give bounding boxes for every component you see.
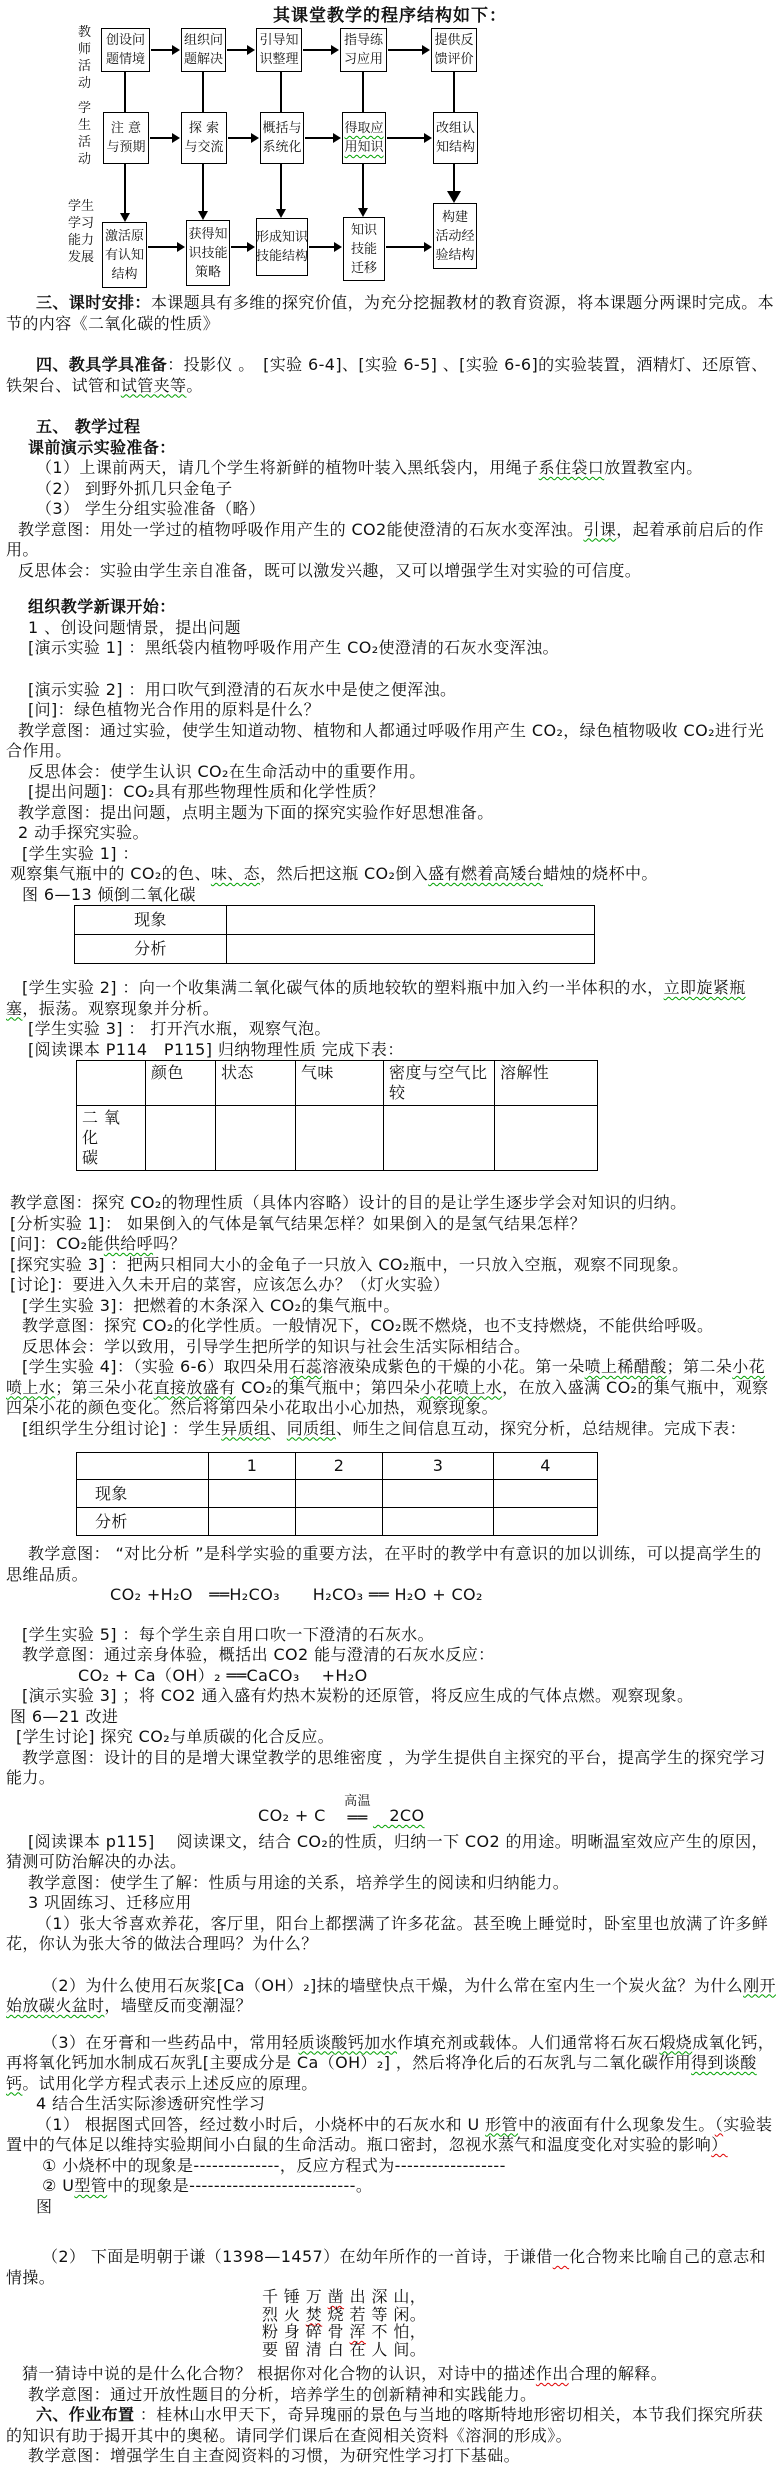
flowchart-box: 形成知识 技能结构 (256, 218, 308, 276)
arrow-head-icon (120, 213, 130, 222)
spacer (6, 1955, 776, 1976)
right-arrow (305, 133, 341, 143)
text-segment: ） (711, 2135, 727, 2154)
text-segment: 蜡烛的烧杯中。 (543, 864, 658, 883)
paragraph: （2） 下面是明朝于谦（1398—1457）在幼年所作的一首诗，于谦借一化合物来… (6, 2247, 776, 2288)
paragraph: [阅读课本 p115] 阅读课文，结合 CO₂的性质，归纳一下 CO2 的用途。… (6, 1832, 776, 1873)
text-segment: 六、作业布置 (36, 2405, 134, 2424)
text-segment: [学生实验 1] ： (22, 844, 139, 863)
text-segment: 五、 教学过程 (36, 417, 140, 436)
paragraph: 教学意图：用处一学过的植物呼吸作用产生的 CO2能使澄清的石灰水变浑浊。引课，起… (6, 520, 776, 561)
poem-line: 千 锤 万 凿 出 深 山， (262, 2288, 776, 2306)
table-cell: 3 (383, 1453, 494, 1480)
flowchart-box: 组织问 题解决 (181, 28, 226, 72)
table-cell (296, 1480, 383, 1508)
arrow-head-icon (247, 45, 255, 55)
text-segment: CO₂ + Ca（OH）₂ ══CaCO₃ +H₂O (78, 1666, 368, 1685)
paragraph: [探究实验 3] ：把两只相同大小的金龟子一只放入 CO₂瓶中，一只放入空瓶，观… (6, 1255, 776, 1276)
text-segment: 教学意图：提出问题，点明主题为下面的探究实验作好思想准备。 (18, 803, 494, 822)
text-segment: 创设问 题情境 (106, 31, 145, 69)
spacer (6, 396, 776, 417)
table-row: 颜色状态气味密度与空气比较溶解性 (77, 1061, 598, 1106)
right-arrow (386, 242, 432, 252)
connector-line (202, 72, 204, 112)
text-segment: （1） 根据图式回答，经过数小时后，小烧杯中的石灰水和 U (36, 2115, 485, 2134)
paragraph: [学生实验 5] ：每个学生亲自用口吹一下澄清的石灰水。 (6, 1625, 776, 1646)
text-segment: 小花喷上水 (420, 1378, 502, 1397)
text-segment: [探究实验 3] ：把两只相同大小的金龟子一只放入 CO₂瓶中，一只放入空瓶，观… (10, 1255, 689, 1274)
text-segment: [阅读课本 p115] 阅读课文，结合 CO₂的性质，归纳一下 CO2 的用途。… (6, 1832, 768, 1872)
table-cell: 分析 (75, 935, 227, 964)
condition-label: 高温 (344, 1794, 371, 1809)
text-segment: 粉 身 碎 骨 (262, 2322, 350, 2341)
text-segment: 2 动手探究实验。 (18, 823, 149, 842)
text-segment: （1）上课前两天，请几个学生将新鲜的植物叶装入黑纸袋内，用绳子 (36, 458, 539, 477)
text-segment: 供给呼 (104, 1234, 153, 1253)
flowchart-box: 提供反 馈评价 (431, 28, 477, 72)
down-arrow (118, 164, 131, 222)
flowchart-box: 构建 活动经 验结构 (433, 203, 477, 269)
table-cell (216, 1106, 296, 1171)
text-segment: 引导知 识整理 (259, 31, 298, 69)
flowchart-row-label: 教 师 活 动 (78, 24, 91, 92)
text-segment: 获得知 识技能 策略 (188, 225, 227, 282)
paragraph: 教学意图：通过开放性题目的分析，培养学生的创新精神和实践能力。 (6, 2385, 776, 2406)
paragraph: 教学意图：增强学生自主查阅资料的习惯，为研究性学习打下基础。 (6, 2446, 776, 2467)
text-segment: 教学意图：通过开放性题目的分析，培养学生的创新精神和实践能力。 (28, 2385, 536, 2404)
arrow-line (227, 49, 247, 51)
arrow-line (303, 49, 331, 51)
spacer (6, 2217, 776, 2247)
flowchart-title: 其课堂教学的程序结构如下： (0, 6, 780, 27)
comparison-table: 1234现象分析 (76, 1452, 598, 1536)
table-cell: 气味 (296, 1061, 384, 1106)
table-cell: 二 氧 化 碳 (77, 1106, 146, 1171)
text-segment: 、师生之间信息互动，探究分析，总结规律。完成下表： (336, 1419, 746, 1438)
right-arrow (228, 133, 259, 143)
text-segment: [学生实验 5] ：每个学生亲自用口吹一下澄清的石灰水。 (22, 1625, 434, 1644)
table-row: 现象 (75, 906, 595, 935)
flowchart-box: 指导练 习应用 (340, 28, 387, 72)
text-segment: 味、态 (211, 864, 260, 883)
arrow-line (202, 164, 204, 211)
table-cell (494, 1480, 598, 1508)
arrow-head-icon (177, 242, 185, 252)
table-cell: 密度与空气比较 (384, 1061, 495, 1106)
paragraph: 图 6—13 倾倒二氧化碳 (6, 885, 776, 906)
arrow-head-icon (172, 45, 180, 55)
text-segment: ；第二朵 (667, 1357, 733, 1376)
text-segment: （3）在牙膏和一些药品中，常用轻 (42, 2033, 299, 2052)
connector-line (453, 72, 455, 112)
right-arrow (151, 45, 180, 55)
arrow-head-icon (358, 208, 368, 217)
table-row: 1234 (77, 1453, 598, 1480)
text-segment: 。 (186, 376, 202, 395)
text-segment: 教学意图：通过实验，使学生知道动物、植物和人都通过呼吸作用产生 CO₂，绿色植物… (6, 721, 764, 761)
equation: CO₂ +H₂O ══H₂CO₃ H₂CO₃ ══ H₂O + CO₂ (110, 1585, 776, 1606)
paragraph: [演示实验 3] ；将 CO2 通入盛有灼热木炭粉的还原管，将反应生成的气体点燃… (6, 1686, 776, 1707)
text-segment: [讨论]：要进入久未开启的菜窖，应该怎么办？（灯火实验） (10, 1275, 450, 1294)
right-arrow (148, 242, 185, 252)
text-segment: （2） 下面是明朝于谦（1398—1457）在幼年所作的一首诗，于谦借 (42, 2247, 553, 2266)
spacer (6, 1536, 776, 1544)
flowchart-box: 概括与 系统化 (260, 112, 304, 164)
text-segment: （2）为什么使用石灰浆[Ca（OH）₂]抹的墙壁快点干燥，为什么常在室内生一个炭… (42, 1976, 743, 1995)
text-segment: 反思体会：学以致用，引导学生把所学的知识与社会生活实际相结合。 (22, 1337, 530, 1356)
flowchart-row-label: 学 生 活 动 (78, 100, 91, 168)
text-segment: CO₂ +H₂O ══H₂CO₃ H₂CO₃ ══ H₂O + CO₂ (110, 1585, 483, 1604)
connector-line (362, 72, 364, 112)
arrow-head-icon (424, 133, 432, 143)
paragraph: 反思体会：学以致用，引导学生把所学的知识与社会生活实际相结合。 (6, 1337, 776, 1358)
arrow-line (387, 137, 424, 139)
text-segment: 焚 (306, 2305, 322, 2324)
text-segment: [学生实验 3]：把燃着的木条深入 CO₂的集气瓶中。 (22, 1296, 400, 1315)
paragraph: [学生实验 1] ： (6, 844, 776, 865)
arrow-line (150, 137, 172, 139)
arrow-line (148, 246, 177, 248)
text-segment: 图 (36, 2197, 52, 2216)
table-cell (209, 1480, 296, 1508)
text-segment: [学生实验 4]：（实验 6-6）取四朵用 (22, 1357, 289, 1376)
text-segment: 出 深 山， (344, 2287, 426, 2306)
paragraph: 1 、创设问题情景，提出问题 (6, 618, 776, 639)
paragraph: （1）上课前两天，请几个学生将新鲜的植物叶装入黑纸袋内，用绳子系住袋口放置教室内… (6, 458, 776, 479)
paragraph: [学生实验 3]：把燃着的木条深入 CO₂的集气瓶中。 (6, 1296, 776, 1317)
table-cell: 状态 (216, 1061, 296, 1106)
text-segment: [组织学生分组讨论] ：学生 (22, 1419, 221, 1438)
section-5-heading: 五、 教学过程 (6, 417, 776, 438)
text-segment: 石蕊 (289, 1357, 322, 1376)
text-segment: 教学意图：设计的目的是增大课堂教学的思维密度 ，为学生提供自主探究的平台，提高学… (6, 1748, 766, 1788)
yuqian-poem: 千 锤 万 凿 出 深 山，烈 火 焚 烧 若 等 闲。粉 身 碎 骨 浑 不 … (262, 2288, 776, 2358)
text-segment: 教学意图：探究 CO₂的化学性质。一般情况下，CO₂既不燃烧，也不支持燃烧，不能… (22, 1316, 713, 1335)
text-segment: 教学意图：增强学生自主查阅资料的习惯，为研究性学习打下基础。 (28, 2446, 520, 2465)
teaching-structure-flowchart: 其课堂教学的程序结构如下： 教 师 活 动学 生 活 动学生 学习 能力 发展创… (0, 0, 780, 292)
text-segment: [演示实验 2] ：用口吹气到澄清的石灰水中是使之便浑浊。 (28, 680, 456, 699)
text-segment: 改组认 知结构 (436, 119, 475, 157)
flowchart-box: 得取应 用知识 (342, 112, 386, 164)
table-cell (209, 1508, 296, 1536)
text-segment: 千 锤 万 (262, 2287, 328, 2306)
flowchart-row-label: 学生 学习 能力 发展 (68, 198, 94, 266)
right-arrow (227, 45, 255, 55)
flowchart-box: 引导知 识整理 (256, 28, 302, 72)
text-segment: 教学意图：使学生了解：性质与用途的关系，培养学生的阅读和归纳能力。 (28, 1873, 569, 1892)
table-cell: 颜色 (146, 1061, 216, 1106)
table-cell (227, 935, 595, 964)
paragraph: （2） 到野外抓几只金龟子 (6, 479, 776, 500)
arrow-head-icon (251, 133, 259, 143)
text-segment: 同质组 (287, 1419, 336, 1438)
section-3-heading: 三、课时安排：本课题具有多维的探究价值，为充分挖掘教材的教育资源，将本课题分两课… (6, 293, 776, 334)
down-arrow (447, 164, 460, 203)
section-4-heading: 四、教具学具准备：投影仪 。 [实验 6-4]、[实验 6-5] 、[实验 6-… (6, 355, 776, 396)
spacer (6, 659, 776, 680)
paragraph: 教学意图：使学生了解：性质与用途的关系，培养学生的阅读和归纳能力。 (6, 1873, 776, 1894)
text-segment: 探 索 与交流 (184, 119, 223, 157)
paragraph: （1）张大爷喜欢养花，客厅里，阳台上都摆满了许多花盆。甚至晚上睡觉时，卧室里也放… (6, 1914, 776, 1955)
arrow-line (305, 137, 333, 139)
arrow-head-icon (447, 191, 461, 203)
paragraph: 反思体会：使学生认识 CO₂在生命活动中的重要作用。 (6, 762, 776, 783)
paragraph: ② U型管中的现象是---------------------------。 (6, 2176, 776, 2197)
text-segment: [阅读课本 P114 P115] 归纳物理性质 完成下表： (28, 1040, 404, 1059)
paragraph: [演示实验 2] ：用口吹气到澄清的石灰水中是使之便浑浊。 (6, 680, 776, 701)
table-cell (495, 1106, 598, 1171)
arrow-head-icon (334, 242, 342, 252)
arrow-head-icon (422, 45, 430, 55)
paragraph: ① 小烧杯中的现象是--------------，反应方程式为---------… (6, 2156, 776, 2177)
text-segment: ；第三朵小花 (55, 1378, 153, 1397)
text-segment: 。试用化学方程式表示上述反应的原理。 (22, 2074, 317, 2093)
document-body: 三、课时安排：本课题具有多维的探究价值，为充分挖掘教材的教育资源，将本课题分两课… (0, 292, 780, 2481)
paragraph: 图 6—21 改进 (6, 1707, 776, 1728)
table-cell (383, 1508, 494, 1536)
down-arrow (356, 164, 369, 217)
physical-properties-table: 颜色状态气味密度与空气比较溶解性二 氧 化 碳 (76, 1060, 598, 1171)
text-segment: ，墙壁反而变潮湿？ (104, 1996, 252, 2015)
right-arrow (303, 45, 339, 55)
subsection-heading: 课前演示实验准备： (6, 438, 776, 459)
text-segment: 作填充剂或载体。人们通常将石灰石 (397, 2033, 659, 2052)
text-segment: 教学意图： “对比分析 ”是科学实验的重要方法，在平时的教学中有意识的加以训练，… (6, 1544, 762, 1584)
table-cell: 现象 (75, 906, 227, 935)
table-cell: 4 (494, 1453, 598, 1480)
text-segment: 图 6—21 改进 (10, 1707, 118, 1726)
spacer (6, 964, 776, 978)
text-segment: [提出问题]：CO₂具有那些物理性质和化学性质？ (28, 782, 384, 801)
paragraph: [演示实验 1] ：黑纸袋内植物呼吸作用产生 CO₂使澄清的石灰水变浑浊。 (6, 638, 776, 659)
arrow-head-icon (333, 133, 341, 143)
text-segment: 教学意图：用处一学过的植物呼吸作用产生的 CO2能使澄清的石灰水变浑浊。 (18, 520, 583, 539)
text-segment: 煅烧 (659, 2033, 692, 2052)
poem-line: 粉 身 碎 骨 浑 不 怕， (262, 2323, 776, 2341)
table-cell (384, 1106, 495, 1171)
subsection-heading: 组织教学新课开始： (6, 597, 776, 618)
carbon-equation: CO₂ + C 高温══ 2CO (258, 1794, 776, 1827)
text-segment: 四、教具学具准备 (36, 355, 167, 374)
equation-condition: 高温══ (344, 1794, 371, 1827)
paragraph: 猜一猜诗中说的是什么化合物？ 根据你对化合物的认识，对诗中的描述作出合理的解释。 (6, 2364, 776, 2385)
text-segment: 一 (553, 2247, 569, 2266)
text-segment: 课前演示实验准备： (28, 438, 176, 457)
flowchart-box: 改组认 知结构 (433, 112, 478, 164)
text-segment: 喷上稀醋酸 (585, 1357, 667, 1376)
arrow-head-icon (276, 209, 286, 218)
spacer (6, 581, 776, 597)
spacer (6, 334, 776, 355)
text-segment: 、 (270, 1419, 286, 1438)
table-cell (77, 1453, 209, 1480)
text-segment: 凿 (328, 2287, 344, 2306)
table-cell (383, 1480, 494, 1508)
arrow-line (151, 49, 172, 51)
text-segment: 指导练 习应用 (344, 31, 383, 69)
arrow-line (362, 164, 364, 208)
paragraph: 4 结合生活实际渗透研究性学习 (6, 2094, 776, 2115)
paragraph: 观察集气瓶中的 CO₂的色、味、态，然后把这瓶 CO₂倒入盛有燃着高矮台蜡烛的烧… (6, 864, 776, 885)
right-arrow (388, 45, 430, 55)
text-segment: （3） 学生分组实验准备（略） (36, 499, 265, 518)
text-segment: [分析实验 1]： 如果倒入的气体是氧气结果怎样？如果倒入的是氢气结果怎样？ (10, 1214, 586, 1233)
paragraph: [阅读课本 P114 P115] 归纳物理性质 完成下表： (6, 1040, 776, 1061)
connector-line (124, 72, 126, 112)
flowchart-box: 获得知 识技能 策略 (186, 220, 230, 286)
paragraph: 教学意图：探究 CO₂的物理性质（具体内容略）设计的目的是让学生逐步学会对知识的… (6, 1193, 776, 1214)
text-segment: 异质组 (221, 1419, 270, 1438)
paragraph: 2 动手探究实验。 (6, 823, 776, 844)
text-segment: 要 留 清 白 在 人 间。 (262, 2340, 426, 2359)
arrow-line (453, 164, 455, 191)
flowchart-box: 创设问 题情境 (101, 28, 150, 72)
text-segment: 不 怕， (366, 2322, 426, 2341)
text-segment: ① 小烧杯中的现象是--------------，反应方程式为---------… (42, 2156, 506, 2175)
paragraph: [学生实验 4]：（实验 6-6）取四朵用石蕊溶液染成紫色的干燥的小花。第一朵喷… (6, 1357, 776, 1419)
paragraph: [问]：绿色植物光合作用的原料是什么？ (6, 700, 776, 721)
text-segment: 概括与 系统化 (262, 119, 301, 157)
paragraph: 教学意图：探究 CO₂的化学性质。一般情况下，CO₂既不燃烧，也不支持燃烧，不能… (6, 1316, 776, 1337)
table-row: 二 氧 化 碳 (77, 1106, 598, 1171)
text-segment: 引课 (583, 520, 616, 539)
paragraph: [分析实验 1]： 如果倒入的气体是氧气结果怎样？如果倒入的是氢气结果怎样？ (6, 1214, 776, 1235)
text-segment: 1 、创设问题情景，提出问题 (28, 618, 241, 637)
table-cell (227, 906, 595, 935)
arrow-head-icon (331, 45, 339, 55)
paragraph: 反思体会：实验由学生亲自准备，既可以激发兴趣，又可以增强学生对实验的可信度。 (6, 561, 776, 582)
text-segment: 反思体会：使学生认识 CO₂在生命活动中的重要作用。 (28, 762, 426, 781)
right-arrow (387, 133, 432, 143)
text-segment: 放置教室内。 (604, 458, 702, 477)
arrow-line (388, 49, 422, 51)
right-arrow (150, 133, 180, 143)
paragraph: 教学意图：通过亲身体验，概括出 CO2 能与澄清的石灰水反应： (6, 1645, 776, 1666)
table-cell: 1 (209, 1453, 296, 1480)
table-cell (296, 1508, 383, 1536)
text-segment: 知识 技能 迁移 (351, 221, 377, 278)
text-segment: 吗？ (153, 1234, 186, 1253)
flowchart-box: 探 索 与交流 (181, 112, 227, 164)
text-segment: ，然后把这瓶 CO₂倒入 (260, 864, 428, 883)
connector-line (280, 72, 282, 112)
text-segment: 图 6—13 倾倒二氧化碳 (22, 885, 196, 904)
table-cell: 2 (296, 1453, 383, 1480)
paragraph: [问]：CO₂能供给呼吗？ (6, 1234, 776, 1255)
flowchart-box: 激活原 有认知 结构 (102, 222, 147, 288)
text-segment: 浑 (350, 2322, 366, 2341)
text-segment: CO₂的集气瓶中；第四朵 (236, 1378, 420, 1397)
text-segment: 作出 (536, 2364, 569, 2383)
text-segment: 质谈酸钙加水 (299, 2033, 397, 2052)
text-segment: 提供反 馈评价 (434, 31, 473, 69)
spacer (6, 1439, 776, 1452)
poem-line: 烈 火 焚 烧 若 等 闲。 (262, 2306, 776, 2324)
document-page: 其课堂教学的程序结构如下： 教 师 活 动学 生 活 动学生 学习 能力 发展创… (0, 0, 780, 2481)
table-row: 分析 (75, 935, 595, 964)
flowchart-box: 知识 技能 迁移 (343, 217, 385, 281)
text-segment: （ (715, 2115, 723, 2134)
arrow-line (228, 137, 251, 139)
table-cell (296, 1106, 384, 1171)
table-cell (494, 1508, 598, 1536)
paragraph: 教学意图：提出问题，点明主题为下面的探究实验作好思想准备。 (6, 803, 776, 824)
table-cell (146, 1106, 216, 1171)
text-segment: 观察集气瓶中的 CO₂的色、 (10, 864, 211, 883)
text-segment: [学生实验 3] ： 打开汽水瓶，观察气泡。 (28, 1019, 331, 1038)
paragraph: 教学意图：通过实验，使学生知道动物、植物和人都通过呼吸作用产生 CO₂，绿色植物… (6, 721, 776, 762)
paragraph: [组织学生分组讨论] ：学生异质组、同质组、师生之间信息互动，探究分析，总结规律… (6, 1419, 776, 1440)
text-segment: [问]：CO₂能 (10, 1234, 104, 1253)
text-segment: [演示实验 3] ；将 CO2 通入盛有灼热木炭粉的还原管，将反应生成的气体点燃… (22, 1686, 693, 1705)
text-segment: 中的液面有什么现象发生。 (518, 2115, 715, 2134)
table-row: 现象 (77, 1480, 598, 1508)
text-segment: 合理的解释。 (569, 2364, 667, 2383)
equation-text: CO₂ + C (258, 1806, 342, 1827)
text-segment: [学生讨论] 探究 CO₂与单质碳的化合反应。 (16, 1727, 334, 1746)
paragraph: [学生实验 3] ： 打开汽水瓶，观察气泡。 (6, 1019, 776, 1040)
text-segment: 猜一猜诗中说的是什么化合物？ 根据你对化合物的认识，对诗中的描述 (22, 2364, 536, 2383)
right-arrow (309, 242, 342, 252)
paragraph: （2）为什么使用石灰浆[Ca（OH）₂]抹的墙壁快点干燥，为什么常在室内生一个炭… (6, 1976, 776, 2017)
spacer (6, 1606, 776, 1625)
table-6-13: 现象分析 (74, 905, 595, 964)
arrow-line (309, 246, 334, 248)
spacer (6, 1171, 776, 1193)
paragraph: 教学意图：设计的目的是增大课堂教学的思维密度 ，为学生提供自主探究的平台，提高学… (6, 1748, 776, 1789)
text-segment: [演示实验 1] ：黑纸袋内植物呼吸作用产生 CO₂使澄清的石灰水变浑浊。 (28, 638, 559, 657)
text-segment: 教学意图：通过亲身体验，概括出 CO2 能与澄清的石灰水反应： (22, 1645, 495, 1664)
text-segment: 盛有燃着高矮台 (428, 864, 543, 883)
text-segment: 反思体会：实验由学生亲自准备，既可以激发兴趣，又可以增强学生对实验的可信度。 (18, 561, 641, 580)
text-segment: 构建 活动经 验结构 (435, 208, 474, 265)
paragraph: [讨论]：要进入久未开启的菜窖，应该怎么办？（灯火实验） (6, 1275, 776, 1296)
spacer (6, 2017, 776, 2033)
text-segment: 三、课时安排： (36, 293, 151, 312)
text-segment: 3 巩固练习、迁移应用 (28, 1893, 192, 1912)
arrow-line (231, 246, 247, 248)
table-row: 分析 (77, 1508, 598, 1536)
text-segment: 教学意图：探究 CO₂的物理性质（具体内容略）设计的目的是让学生逐步学会对知识的… (10, 1193, 686, 1212)
right-arrow (231, 242, 255, 252)
equation: CO₂ + Ca（OH）₂ ══CaCO₃ +H₂O (78, 1666, 776, 1687)
text-segment: 溶液染成紫色的干燥的小花。第一朵 (322, 1357, 584, 1376)
paragraph: （3）在牙膏和一些药品中，常用轻质谈酸钙加水作填充剂或载体。人们通常将石灰石煅烧… (6, 2033, 776, 2095)
text-segment: 2CO (373, 1806, 425, 1827)
table-cell: 现象 (77, 1480, 209, 1508)
paragraph: [提出问题]：CO₂具有那些物理性质和化学性质？ (6, 782, 776, 803)
flowchart-box: 注 意 与预期 (103, 112, 149, 164)
text-segment: 直接放盛有 (154, 1378, 236, 1397)
text-segment: 形成知识 技能结构 (256, 228, 308, 266)
table-cell: 溶解性 (495, 1061, 598, 1106)
text-segment: 组织教学新课开始： (28, 597, 176, 616)
arrow-line (124, 164, 126, 213)
equals-sign: ══ (348, 1809, 368, 1827)
table-cell (77, 1061, 146, 1106)
text-segment: 激活原 有认知 结构 (105, 227, 144, 284)
text-segment: 型管 (74, 2176, 107, 2195)
text-segment: 中的现象是---------------------------。 (107, 2176, 372, 2195)
text-segment: 烧 若 等 闲。 (322, 2305, 426, 2324)
down-arrow (196, 164, 209, 220)
text-segment: 烈 火 (262, 2305, 306, 2324)
paragraph: 图 (6, 2197, 776, 2218)
paragraph: （1） 根据图式回答，经过数小时后，小烧杯中的石灰水和 U 形管中的液面有什么现… (6, 2115, 776, 2156)
arrow-line (280, 164, 282, 209)
text-segment: [学生实验 2] ：向一个收集满二氧化碳气体的质地较软的塑料瓶中加入约一半体积的… (22, 978, 664, 997)
text-segment: 形管 (485, 2115, 518, 2134)
